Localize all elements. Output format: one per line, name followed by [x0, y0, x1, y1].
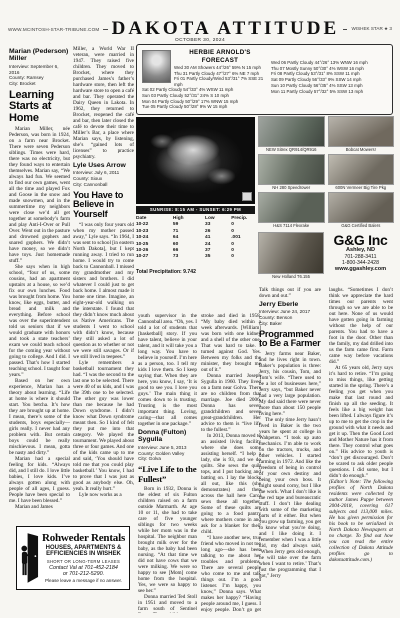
- gg-equipment-ad: NEW Sitrex QR914/QR916 Bobcat Mowers! NH…: [258, 116, 394, 284]
- byline-name: Donna (Fulton) Sygulla: [138, 429, 197, 444]
- ad-photo-cell: G&G Certified Balers: [328, 192, 395, 228]
- masthead-rule-right: [343, 29, 347, 30]
- ad-photo-cell: NEW Sitrex QR914/QR916: [258, 116, 325, 152]
- photo-caption: G&G Certified Balers: [328, 223, 395, 228]
- paragraph: Lyle now works as a: [73, 492, 134, 498]
- paragraph: Jerry farms near Baker, and he lives rig…: [259, 351, 321, 417]
- herbie-arnold-photo: [142, 50, 171, 83]
- ad-photo-cell: NH 280 Speedrower: [258, 154, 325, 190]
- equipment-photo: [258, 154, 325, 185]
- gg-photo-grid: NEW Sitrex QR914/QR916 Bobcat Mowers! NH…: [258, 116, 394, 229]
- article-col5: Talk things out if you are down and out.…: [259, 287, 321, 617]
- rohweder-contact2: or 701-212-5290.: [41, 571, 126, 577]
- table-row: 10-27 73 35 0: [136, 254, 255, 260]
- rohweder-ad-text: Rohweder Rentals HOUSES, APARTMENTS & EF…: [41, 533, 126, 584]
- table-cell: 10-27: [136, 254, 173, 260]
- paragraph: The only time Jerry hasn’t lived in Bake…: [259, 417, 321, 579]
- rohweder-note: Please leave a message if no answer.: [41, 578, 126, 583]
- byline-city: City: Cannonball: [73, 182, 134, 188]
- ad-photo-cell: 600N Vermeer Big Tire Pkg: [328, 154, 395, 190]
- paragraph: At 65 years old, Jerry says it’s hard to…: [329, 365, 393, 479]
- page-header: WWW.MCINTOSH-STAR-TRIBUNE.COM DAKOTA ATT…: [8, 20, 392, 38]
- door-figure-icon: [20, 531, 39, 585]
- gg-contact-block: G&G Inc Ashley, ND 701-288-3411 1-800-34…: [327, 232, 394, 279]
- paragraph: “I have another new, true friend who mov…: [201, 535, 261, 613]
- paragraph: youth supervisor in the Cannonball area.…: [138, 313, 197, 427]
- byline-city: City: Brocket: [9, 81, 70, 87]
- gg-ad-bottom: New Holland T6.155 G&G Inc Ashley, ND 70…: [258, 232, 394, 279]
- paragraph: She says when in high school, “four of u…: [9, 264, 70, 378]
- paragraph: Lyle remembers a basketball tournament t…: [73, 360, 134, 492]
- photo-caption: NEW Sitrex QR914/QR916: [258, 147, 325, 152]
- forecast-left-column: HERBIE ARNOLD'S FORECAST Wed 30 AM Showe…: [142, 49, 266, 110]
- headline-marian: Learning Starts at Home: [9, 90, 70, 125]
- photo-caption: H&S 7114 Flexrake: [258, 223, 325, 228]
- precip-table: Date High Low Precip. 10-22 59 33 0 10-2…: [136, 216, 255, 261]
- headline-jerry: Programmed to Be a Farmer: [259, 330, 321, 350]
- paragraph: Marian Miller, née Pederson, was born in…: [9, 126, 70, 264]
- gg-logo: G&G Inc: [327, 233, 394, 247]
- byline-name: Lyle Uses Arrow: [73, 162, 134, 169]
- website-url: WWW.MCINTOSH-STAR-TRIBUNE.COM: [8, 27, 99, 32]
- photo-caption: Bobcat Mowers!: [328, 147, 395, 152]
- weather-map-image: [136, 117, 255, 204]
- paragraph: Marian and James: [9, 504, 70, 510]
- rohweder-contact1: Contact Val at 701-452-2184: [41, 565, 126, 571]
- equipment-photo: [258, 192, 325, 223]
- equipment-photo: [328, 154, 395, 185]
- forecast-line: Tue 05 Partly Cloudy 50°/28° 9% W 15 mph: [142, 104, 266, 110]
- equipment-photo: [328, 116, 395, 147]
- forecast-line: Mon 11 Partly Cloudy 57°/32° 5% SSW 13 m…: [271, 89, 390, 95]
- table-cell: 0: [231, 254, 255, 260]
- editors-note: (Editor’s Note: The following profiles o…: [329, 479, 393, 563]
- rohweder-title: Rohweder Rentals: [41, 533, 126, 544]
- byline-city: City: Golva: [138, 456, 197, 462]
- paragraph: Based on her own experience, Marian has …: [9, 378, 70, 456]
- photo-caption: NH 280 Speedrower: [258, 185, 325, 190]
- rohweder-line1: HOUSES, APARTMENTS &: [41, 545, 126, 552]
- article-col4: stroke and died in 1958. “My baby died w…: [201, 313, 261, 613]
- masthead-rule-left: [103, 29, 107, 30]
- edition-label: WISHEK STAR ★ 3: [351, 26, 392, 32]
- paragraph: Marian had a special feeling for kids. “…: [9, 456, 70, 504]
- paragraph: In 2013, Donna moved to an assisted livi…: [201, 433, 261, 535]
- paragraph: Donna married Joseph Sygulla in 1960. Th…: [201, 373, 261, 433]
- ad-photo-cell: New Holland T6.155: [258, 232, 324, 279]
- weather-table: SUNRISE: 8:15 AM - SUNSET: 6:29 PM Date …: [136, 206, 255, 275]
- photo-caption: New Holland T6.155: [258, 274, 324, 279]
- paragraph: Born in 1932, Donna is the eldest of six…: [138, 486, 197, 594]
- forecast-box: HERBIE ARNOLD'S FORECAST Wed 30 AM Showe…: [136, 44, 393, 115]
- table-cell: 73: [173, 254, 205, 260]
- byline-name: Jerry Eberle: [259, 301, 321, 308]
- equipment-photo: [258, 116, 325, 147]
- ad-photo-cell: H&S 7114 Flexrake: [258, 192, 325, 228]
- headline-lyle: You Have to Believe in Yourself: [73, 191, 134, 220]
- paragraph: Donna married Ted Stoll in 1951 and move…: [138, 594, 197, 613]
- masthead-title: DAKOTA ATTITUDE: [112, 18, 339, 40]
- rohweder-line3: SHORT OR LONG-TERM LEASES: [41, 559, 126, 564]
- article-marian-col1: Marian (Pederson) Miller Interview: Sept…: [9, 46, 70, 523]
- map-logo-square: [242, 192, 252, 201]
- photo-caption: 600N Vermeer Big Tire Pkg: [328, 185, 395, 190]
- gg-website: www.ggashley.com: [327, 266, 394, 273]
- newspaper-page: WWW.MCINTOSH-STAR-TRIBUNE.COM DAKOTA ATT…: [0, 0, 400, 618]
- gg-city: Ashley, ND: [327, 247, 394, 254]
- article-col3: youth supervisor in the Cannonball area.…: [138, 313, 197, 613]
- paragraph: Talk things out if you are down and out.…: [259, 287, 321, 299]
- forecast-right-column: Wed 06 Partly Cloudy 44°/26° 13% WNW 16 …: [271, 60, 390, 94]
- issue-date: OCTOBER 30, 2024: [0, 38, 400, 43]
- equipment-photo: [328, 192, 395, 223]
- headline-donna: “Live Life to the Fullest”: [138, 465, 197, 484]
- paragraph: laughs. “Sometimes I don’t think we appr…: [329, 287, 393, 365]
- ad-photo-cell: Bobcat Mowers!: [328, 116, 395, 152]
- paragraph: Miller, a World War II veteran, were mar…: [73, 46, 134, 160]
- paragraph: stroke and died in 1958. “My baby died w…: [201, 313, 261, 373]
- sunrise-sunset-bar: SUNRISE: 8:15 AM - SUNSET: 6:29 PM: [136, 206, 255, 214]
- article-col6: laughs. “Sometimes I don’t think we appr…: [329, 287, 393, 617]
- total-precipitation: Total Precipitation: 9.742: [136, 269, 255, 275]
- tractor-photo: [258, 232, 324, 274]
- rohweder-line2: EFFICIENCIES IN WISHEK: [41, 551, 126, 558]
- byline-city: City: Baker: [259, 321, 321, 327]
- paragraph: “I was only four years old when my mothe…: [73, 222, 134, 360]
- table-cell: 35: [205, 254, 231, 260]
- rohweder-rentals-ad: Rohweder Rentals HOUSES, APARTMENTS & EF…: [16, 526, 130, 590]
- article-col2: Miller, a World War II veteran, were mar…: [73, 46, 134, 523]
- byline-interview: Interview: September 6, 2016: [9, 64, 70, 75]
- byline-name: Marian (Pederson) Miller: [9, 48, 70, 63]
